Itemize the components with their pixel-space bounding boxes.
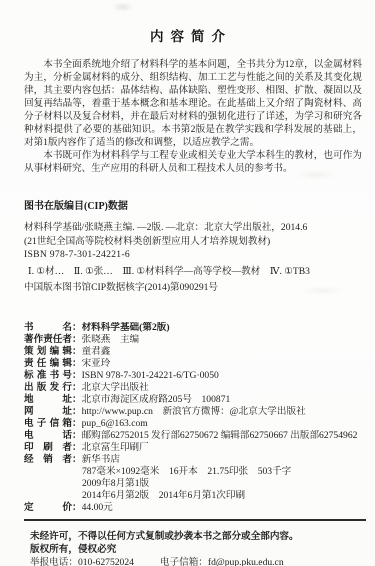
colophon-label: 网址 <box>24 406 72 418</box>
colophon-value: 童君鑫 <box>82 346 367 358</box>
first-edition-line: 2009年8月第1版 <box>24 478 367 490</box>
cip-title-line: 材料科学基础/张晓燕主编. —2版. —北京：北京大学出版社，2014.6 <box>24 222 362 233</box>
content-summary-title: 内容简介 <box>0 0 375 45</box>
colophon-row-author: 著作责任者： 张晓燕 主编 <box>24 334 367 346</box>
colophon-label: 责任编辑 <box>24 358 72 370</box>
colophon-row-book-title: 书名： 材料科学基础(第2版) <box>24 322 367 334</box>
report-contact-line: 举报电话：010-62752024电子信箱：fd@pup.pku.edu.cn <box>30 556 362 566</box>
colophon-value: 北京市海淀区成府路205号 100871 <box>82 394 367 406</box>
colophon-value: 宋亚玲 <box>82 358 367 370</box>
summary-paragraph-2: 本书既可作为材料科学与工程专业或相关专业大学本科生的教材，也可作为从事材料研究、… <box>24 149 362 175</box>
cip-record-number-line: 中国版本图书馆CIP数据核字(2014)第090291号 <box>24 282 362 293</box>
colon: ： <box>72 370 82 382</box>
colon: ： <box>72 442 82 454</box>
colophon-row-address: 地址： 北京市海淀区成府路205号 100871 <box>24 394 367 406</box>
colophon-label: 印刷者 <box>24 442 72 454</box>
colon: ： <box>72 394 82 406</box>
colophon-label: 书名 <box>24 322 72 334</box>
summary-paragraph-1: 本书全面系统地介绍了材料科学的基本问题，全书共分为12章，以金属材料为主，分析金… <box>24 58 362 149</box>
colon: ： <box>72 502 82 514</box>
colophon-label: 地址 <box>24 394 72 406</box>
colophon-value: 材料科学基础(第2版) <box>82 322 367 334</box>
colon: ： <box>72 358 82 370</box>
horizontal-rule <box>24 519 366 521</box>
colophon-row-publisher: 出版发行： 北京大学出版社 <box>24 382 367 394</box>
second-edition-line: 2014年6月第2版 2014年6月第1次印刷 <box>24 490 367 502</box>
colon: ： <box>72 454 82 466</box>
book-copyright-page: 内容简介 本书全面系统地介绍了材料科学的基本问题，全书共分为12章，以金属材料为… <box>0 0 375 566</box>
colon: ： <box>72 406 82 418</box>
colon: ： <box>72 322 82 334</box>
colophon-label: 经销者 <box>24 454 72 466</box>
format-spec-line: 787毫米×1092毫米 16开本 21.75印张 503千字 <box>24 466 367 478</box>
colophon-row-printer: 印刷者： 北京富生印刷厂 <box>24 442 367 454</box>
colon: ： <box>72 418 82 430</box>
colophon-label: 定价 <box>24 502 72 514</box>
colophon-label: 标准书号 <box>24 370 72 382</box>
colophon-row-price: 定价： 44.00元 <box>24 502 367 514</box>
colophon-value: pup_6@163.com <box>82 418 367 430</box>
colophon-row-planning-editor: 策划编辑： 童君鑫 <box>24 346 367 358</box>
colophon-row-website: 网址： http://www.pup.cn 新浪官方微博：@北京大学出版社 <box>24 406 367 418</box>
colophon-label: 出版发行 <box>24 382 72 394</box>
colophon-label: 策划编辑 <box>24 346 72 358</box>
colophon-value: 北京大学出版社 <box>82 382 367 394</box>
cip-isbn-line: ISBN 978-7-301-24221-6 <box>24 249 362 260</box>
colophon-row-email: 电子信箱： pup_6@163.com <box>24 418 367 430</box>
colophon-value: http://www.pup.cn 新浪官方微博：@北京大学出版社 <box>82 406 367 418</box>
colon: ： <box>72 382 82 394</box>
colon: ： <box>72 346 82 358</box>
colophon-row-phone: 电话： 邮购部62752015 发行部62750672 编辑部62750667 … <box>24 430 367 442</box>
copyright-notice: 未经许可，不得以任何方式复制或抄袭本书之部分或全部内容。 版权所有，侵权必究 举… <box>30 530 362 566</box>
price-value: 44.00元 <box>82 502 367 514</box>
colon: ： <box>72 334 82 346</box>
colophon-value: 张晓燕 主编 <box>82 334 367 346</box>
colophon-value: 新华书店 <box>82 454 367 466</box>
colophon-row-isbn: 标准书号： ISBN 978-7-301-24221-6/TG·0050 <box>24 370 367 382</box>
cip-data-block: 图书在版编目(CIP)数据 材料科学基础/张晓燕主编. —2版. —北京：北京大… <box>24 201 362 293</box>
content-summary-body: 本书全面系统地介绍了材料科学的基本问题，全书共分为12章，以金属材料为主，分析金… <box>24 58 362 175</box>
colophon-block: 书名： 材料科学基础(第2版) 著作责任者： 张晓燕 主编 策划编辑： 童君鑫 … <box>24 322 367 514</box>
report-phone: 举报电话：010-62752024 <box>30 557 134 566</box>
colophon-value: 邮购部62752015 发行部62750672 编辑部62750667 出版部6… <box>82 430 367 442</box>
cip-heading: 图书在版编目(CIP)数据 <box>24 201 362 212</box>
all-rights-reserved: 版权所有，侵权必究 <box>30 543 362 556</box>
cip-classification-line: Ⅰ. ①材… Ⅱ. ①张… Ⅲ. ①材料科学—高等学校—教材 Ⅳ. ①TB3 <box>24 266 362 277</box>
colophon-label: 电话 <box>24 430 72 442</box>
colophon-row-distributor: 经销者： 新华书店 <box>24 454 367 466</box>
colophon-label: 电子信箱 <box>24 418 72 430</box>
report-email: 电子信箱：fd@pup.pku.edu.cn <box>160 557 284 566</box>
colophon-row-responsible-editor: 责任编辑： 宋亚玲 <box>24 358 367 370</box>
no-copy-notice: 未经许可，不得以任何方式复制或抄袭本书之部分或全部内容。 <box>30 530 362 543</box>
colophon-label: 著作责任者 <box>24 334 72 346</box>
cip-series-line: (21世纪全国高等院校材料类创新型应用人才培养规划教材) <box>24 236 362 247</box>
colophon-value: ISBN 978-7-301-24221-6/TG·0050 <box>82 370 367 382</box>
colon: ： <box>72 430 82 442</box>
colophon-value: 北京富生印刷厂 <box>82 442 367 454</box>
